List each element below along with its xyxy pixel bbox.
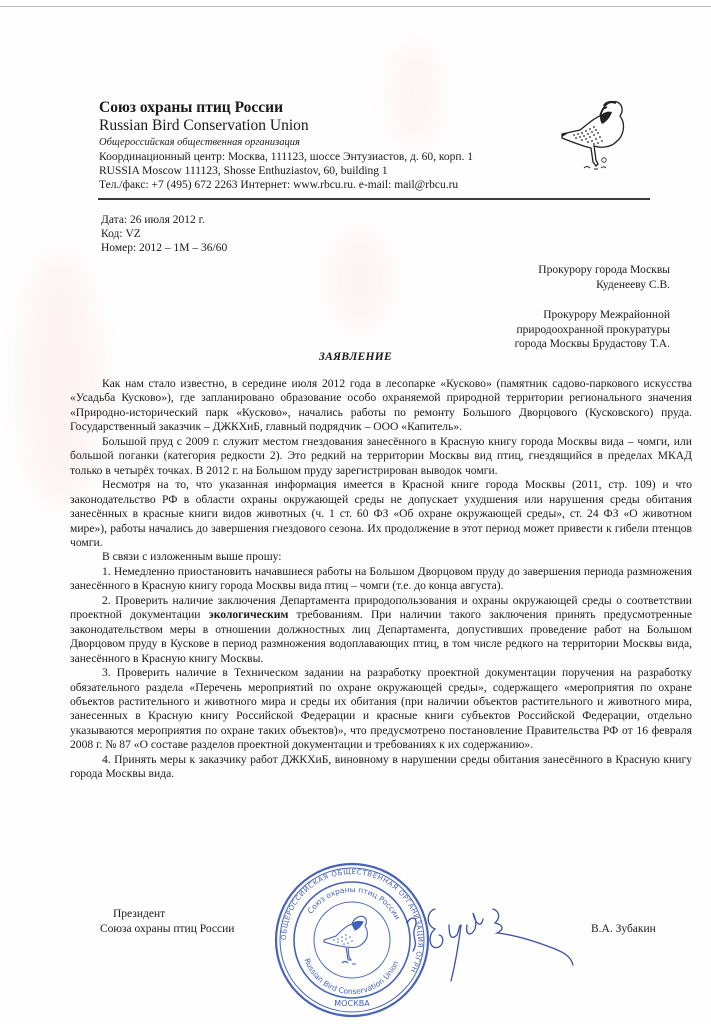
addressee-line: Прокурору города Москвы (538, 263, 670, 278)
paragraph-nesting: Большой пруд с 2009 г. служит местом гне… (70, 435, 692, 478)
document-number: Номер: 2012 – 1М – 36/60 (101, 241, 227, 255)
document-meta: Дата: 26 июля 2012 г. Код: VZ Номер: 201… (101, 213, 227, 255)
document-page: Союз охраны птиц России Russian Bird Con… (0, 0, 711, 1024)
document-date: Дата: 26 июля 2012 г. (101, 213, 227, 227)
addressee-line: Прокурору Межрайонной (515, 308, 670, 323)
addressee-line: города Москвы Брудастову Т.А. (515, 337, 670, 352)
bird-logo-icon (560, 96, 635, 176)
document-body: Как нам стало известно, в середине июля … (70, 377, 692, 782)
scan-edge-line (0, 6, 711, 7)
signatory-name: В.А. Зубакин (591, 922, 656, 937)
request-item-4: 4. Принять меры к заказчику работ ДЖКХиБ… (70, 753, 692, 782)
paragraph-intro: Как нам стало известно, в середине июля … (70, 377, 692, 435)
svg-text:Союз охраны птиц России: Союз охраны птиц России (306, 885, 402, 921)
emphasis-ecological: экологическим (209, 608, 289, 621)
letterhead-divider (98, 198, 650, 200)
contacts: Тел./факс: +7 (495) 672 2263 Интернет: w… (99, 178, 659, 192)
paragraph-request-lead: В связи с изложенным выше прошу: (70, 550, 692, 564)
handwritten-signature-icon (405, 895, 590, 995)
paper-stain (330, 230, 390, 330)
stamp-city: МОСКВА (334, 999, 370, 1008)
addressee-line: Куденееву С.В. (538, 278, 670, 293)
stamp-inner-top: Союз охраны птиц России (306, 885, 402, 921)
addressee-city-prosecutor: Прокурору города Москвы Куденееву С.В. (538, 263, 670, 292)
addressee-environmental-prosecutor: Прокурору Межрайонной природоохранной пр… (515, 308, 670, 352)
request-item-2: 2. Проверить наличие заключения Департам… (70, 594, 692, 666)
svg-text:Russian Bird Conservation Unio: Russian Bird Conservation Union (303, 957, 401, 996)
request-item-3: 3. Проверить наличие в Техническом задан… (70, 666, 692, 753)
signatory-title: Президент (113, 907, 165, 922)
document-code: Код: VZ (101, 227, 227, 241)
request-item-1: 1. Немедленно приостановить начавшиеся р… (70, 565, 692, 594)
addressee-line: природоохранной прокуратуры (515, 323, 670, 338)
stamp-inner-bottom: Russian Bird Conservation Union (303, 957, 401, 996)
document-title: ЗАЯВЛЕНИЕ (0, 351, 711, 363)
paragraph-legal: Несмотря на то, что указанная информация… (70, 478, 692, 550)
signatory-org: Союза охраны птиц России (100, 922, 234, 937)
